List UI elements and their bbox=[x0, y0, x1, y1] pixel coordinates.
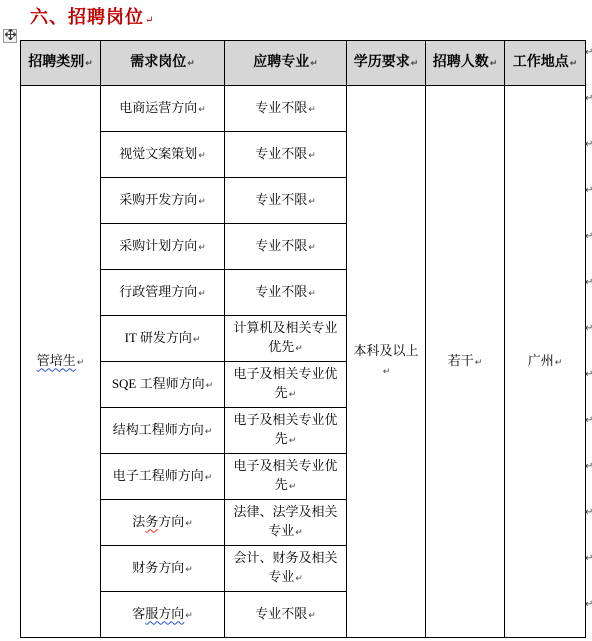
cell-end-mark-icon: ↵ bbox=[411, 59, 419, 69]
header-label: 应聘专业 bbox=[253, 55, 309, 70]
row-end-mark-icon: ↵ bbox=[585, 554, 592, 564]
position-cell[interactable]: 视觉文案策划↵ bbox=[101, 132, 225, 178]
row-end-mark-icon: ↵ bbox=[585, 600, 592, 610]
header-cell-education[interactable]: 学历要求↵ bbox=[347, 41, 426, 86]
major-cell[interactable]: 专业不限↵ bbox=[225, 178, 347, 224]
header-label: 招聘人数 bbox=[433, 55, 489, 70]
cell-end-mark-icon: ↵ bbox=[206, 381, 214, 391]
row-end-mark-icon: ↵ bbox=[585, 94, 592, 104]
cell-text: 管培生 bbox=[37, 353, 76, 368]
header-label: 需求岗位 bbox=[130, 55, 186, 70]
header-cell-category[interactable]: 招聘类别↵ bbox=[21, 41, 101, 86]
major-cell[interactable]: 法律、法学及相关专业↵ bbox=[225, 500, 347, 546]
cell-end-mark-icon: ↵ bbox=[490, 59, 498, 69]
major-cell[interactable]: 专业不限↵ bbox=[225, 592, 347, 638]
category-cell[interactable]: 管培生↵ bbox=[21, 86, 101, 638]
major-cell[interactable]: 电子及相关专业优先↵ bbox=[225, 362, 347, 408]
cell-end-mark-icon: ↵ bbox=[185, 611, 193, 621]
cell-text: 务 bbox=[145, 514, 158, 529]
cell-text: 专业不限 bbox=[255, 100, 307, 115]
major-cell[interactable]: 专业不限↵ bbox=[225, 224, 347, 270]
cell-end-mark-icon: ↵ bbox=[198, 289, 206, 299]
position-cell[interactable]: 采购计划方向↵ bbox=[101, 224, 225, 270]
header-cell-position[interactable]: 需求岗位↵ bbox=[101, 41, 225, 86]
cell-text: 结构工程师方向 bbox=[113, 422, 204, 437]
cell-end-mark-icon: ↵ bbox=[310, 59, 318, 69]
row-end-mark-icon: ↵ bbox=[585, 324, 592, 334]
cell-end-mark-icon: ↵ bbox=[198, 243, 206, 253]
position-cell[interactable]: 采购开发方向↵ bbox=[101, 178, 225, 224]
position-cell[interactable]: 财务方向↵ bbox=[101, 546, 225, 592]
cell-text: 法 bbox=[132, 514, 145, 529]
row-end-mark-icon: ↵ bbox=[585, 48, 592, 58]
cell-text: 电子工程师方向 bbox=[113, 468, 204, 483]
header-label: 工作地点 bbox=[513, 55, 569, 70]
cell-end-mark-icon: ↵ bbox=[193, 335, 201, 345]
position-cell[interactable]: 客服方向↵ bbox=[101, 592, 225, 638]
cell-text: 采购计划方向 bbox=[119, 238, 197, 253]
header-row: 招聘类别↵ 需求岗位↵ 应聘专业↵ 学历要求↵ 招聘人数↵ 工作地点↵ bbox=[21, 41, 586, 86]
row-end-marks: ↵↵↵↵↵↵↵↵↵↵↵↵↵ bbox=[585, 0, 592, 641]
cell-end-mark-icon: ↵ bbox=[295, 344, 303, 354]
major-cell[interactable]: 电子及相关专业优先↵ bbox=[225, 408, 347, 454]
cell-end-mark-icon: ↵ bbox=[308, 243, 316, 253]
cell-end-mark-icon: ↵ bbox=[570, 59, 578, 69]
move-cross-icon bbox=[5, 27, 16, 45]
cell-end-mark-icon: ↵ bbox=[308, 289, 316, 299]
position-cell[interactable]: IT 研发方向↵ bbox=[101, 316, 225, 362]
cell-text: 本科及以上 bbox=[353, 343, 418, 358]
row-end-mark-icon: ↵ bbox=[585, 508, 592, 518]
cell-end-mark-icon: ↵ bbox=[555, 358, 563, 368]
position-cell[interactable]: 行政管理方向↵ bbox=[101, 270, 225, 316]
row-end-mark-icon: ↵ bbox=[585, 140, 592, 150]
row-end-mark-icon: ↵ bbox=[585, 462, 592, 472]
cell-end-mark-icon: ↵ bbox=[185, 565, 193, 575]
cell-text: 电商运营方向 bbox=[119, 100, 197, 115]
section-title[interactable]: 六、招聘岗位↵ bbox=[30, 3, 154, 29]
cell-text: 采购开发方向 bbox=[119, 192, 197, 207]
cell-end-mark-icon: ↵ bbox=[308, 105, 316, 115]
row-end-mark-icon: ↵ bbox=[585, 278, 592, 288]
cell-end-mark-icon: ↵ bbox=[198, 197, 206, 207]
table-row: 管培生↵电商运营方向↵专业不限↵本科及以上↵若干↵广州↵ bbox=[21, 86, 586, 132]
cell-text: 若干 bbox=[448, 353, 474, 368]
header-cell-headcount[interactable]: 招聘人数↵ bbox=[426, 41, 505, 86]
cell-end-mark-icon: ↵ bbox=[198, 105, 206, 115]
cell-end-mark-icon: ↵ bbox=[289, 482, 297, 492]
cell-end-mark-icon: ↵ bbox=[185, 519, 193, 529]
major-cell[interactable]: 电子及相关专业优先↵ bbox=[225, 454, 347, 500]
cell-end-mark-icon: ↵ bbox=[295, 574, 303, 584]
cell-end-mark-icon: ↵ bbox=[205, 427, 213, 437]
major-cell[interactable]: 专业不限↵ bbox=[225, 270, 347, 316]
cell-end-mark-icon: ↵ bbox=[289, 436, 297, 446]
cell-text: SQE 工程师方向 bbox=[112, 376, 205, 391]
cell-text: 广州 bbox=[528, 353, 554, 368]
table-move-handle[interactable] bbox=[3, 29, 17, 43]
cell-text: 专业不限 bbox=[255, 146, 307, 161]
cell-text: 计算机及相关专业优先 bbox=[233, 320, 337, 354]
cell-text: 视觉文案策划 bbox=[119, 146, 197, 161]
education-cell[interactable]: 本科及以上↵ bbox=[347, 86, 426, 638]
recruitment-table: 招聘类别↵ 需求岗位↵ 应聘专业↵ 学历要求↵ 招聘人数↵ 工作地点↵ 管培生↵… bbox=[20, 40, 586, 638]
cell-end-mark-icon: ↵ bbox=[308, 197, 316, 207]
major-cell[interactable]: 专业不限↵ bbox=[225, 132, 347, 178]
position-cell[interactable]: 电子工程师方向↵ bbox=[101, 454, 225, 500]
cell-text: 财务方向 bbox=[132, 560, 184, 575]
cell-end-mark-icon: ↵ bbox=[77, 358, 85, 368]
header-cell-location[interactable]: 工作地点↵ bbox=[505, 41, 586, 86]
cell-end-mark-icon: ↵ bbox=[383, 367, 391, 377]
cell-text: 会计、财务及相关专业 bbox=[233, 550, 337, 584]
cell-text: IT 研发方向 bbox=[125, 330, 192, 345]
cell-text: 服方向 bbox=[145, 606, 184, 621]
section-title-text: 六、招聘岗位 bbox=[30, 7, 144, 27]
cell-end-mark-icon: ↵ bbox=[295, 528, 303, 538]
major-cell[interactable]: 会计、财务及相关专业↵ bbox=[225, 546, 347, 592]
major-cell[interactable]: 计算机及相关专业优先↵ bbox=[225, 316, 347, 362]
cell-text: 方向 bbox=[158, 514, 184, 529]
position-cell[interactable]: 法务方向↵ bbox=[101, 500, 225, 546]
table-body: 管培生↵电商运营方向↵专业不限↵本科及以上↵若干↵广州↵视觉文案策划↵专业不限↵… bbox=[21, 86, 586, 638]
cell-text: 电子及相关专业优先 bbox=[233, 458, 337, 492]
cell-text: 法律、法学及相关专业 bbox=[233, 504, 337, 538]
cell-text: 电子及相关专业优先 bbox=[233, 366, 337, 400]
cell-end-mark-icon: ↵ bbox=[475, 358, 483, 368]
cell-text: 专业不限 bbox=[255, 238, 307, 253]
headcount-cell[interactable]: 若干↵ bbox=[426, 86, 505, 638]
cell-end-mark-icon: ↵ bbox=[187, 59, 195, 69]
header-label: 招聘类别 bbox=[28, 55, 84, 70]
cell-text: 客 bbox=[132, 606, 145, 621]
row-end-mark-icon: ↵ bbox=[585, 232, 592, 242]
position-cell[interactable]: 电商运营方向↵ bbox=[101, 86, 225, 132]
cell-end-mark-icon: ↵ bbox=[85, 59, 93, 69]
row-end-mark-icon: ↵ bbox=[585, 370, 592, 380]
cell-end-mark-icon: ↵ bbox=[308, 151, 316, 161]
cell-text: 电子及相关专业优先 bbox=[233, 412, 337, 446]
location-cell[interactable]: 广州↵ bbox=[505, 86, 586, 638]
cell-end-mark-icon: ↵ bbox=[205, 473, 213, 483]
cell-text: 专业不限 bbox=[255, 284, 307, 299]
major-cell[interactable]: 专业不限↵ bbox=[225, 86, 347, 132]
header-label: 学历要求 bbox=[354, 55, 410, 70]
document-page: 六、招聘岗位↵ 招聘类别↵ 需求岗位↵ 应 bbox=[0, 0, 592, 641]
cell-end-mark-icon: ↵ bbox=[289, 390, 297, 400]
header-cell-major[interactable]: 应聘专业↵ bbox=[225, 41, 347, 86]
position-cell[interactable]: SQE 工程师方向↵ bbox=[101, 362, 225, 408]
row-end-mark-icon: ↵ bbox=[585, 186, 592, 196]
position-cell[interactable]: 结构工程师方向↵ bbox=[101, 408, 225, 454]
paragraph-mark-icon: ↵ bbox=[145, 15, 154, 26]
row-end-mark-icon: ↵ bbox=[585, 416, 592, 426]
cell-end-mark-icon: ↵ bbox=[308, 611, 316, 621]
cell-end-mark-icon: ↵ bbox=[198, 151, 206, 161]
cell-text: 行政管理方向 bbox=[119, 284, 197, 299]
cell-text: 专业不限 bbox=[255, 192, 307, 207]
cell-text: 专业不限 bbox=[255, 606, 307, 621]
